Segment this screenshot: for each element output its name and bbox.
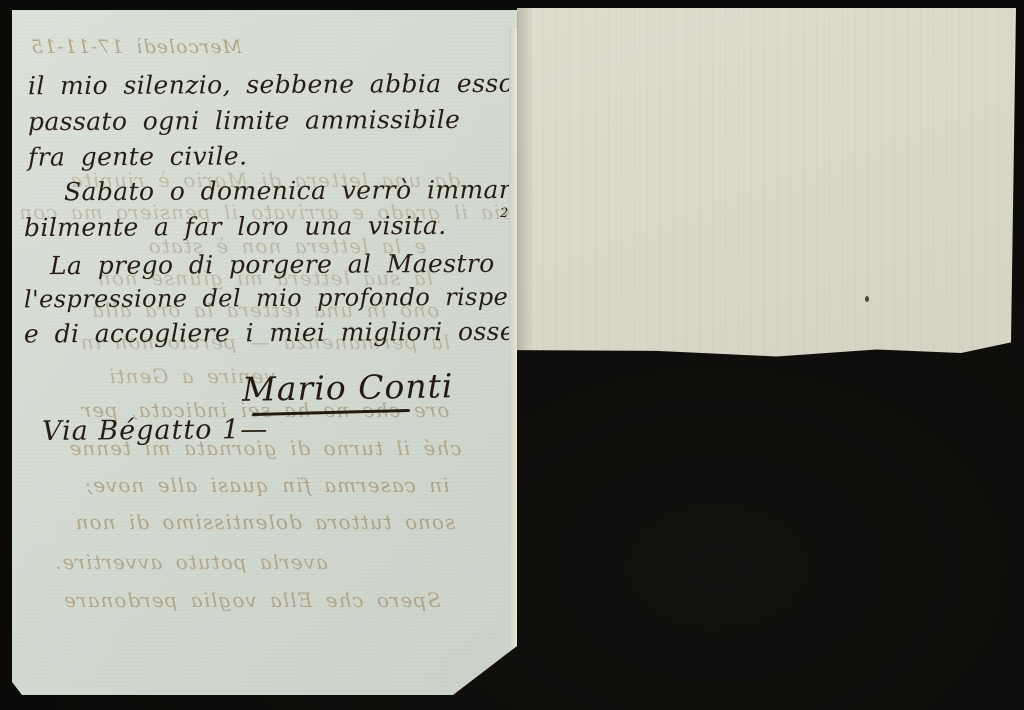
bleedthrough-line: averla potuto avvertire. bbox=[26, 550, 356, 574]
blank-verso-sheet bbox=[517, 8, 1016, 360]
bleedthrough-line: Spero che Ella voglia perdonare bbox=[32, 588, 472, 612]
letter-line: fra gente civile. bbox=[28, 141, 248, 171]
address-line: Via Bégatto 1— bbox=[42, 414, 269, 447]
manuscript-scan: Mercoledì 17-11-15 da una lettera di Mar… bbox=[0, 0, 1024, 710]
letter-line: Sabato o domenica verrò immanca bbox=[64, 175, 545, 207]
letter-line: e di accogliere i miei migliori ossequi bbox=[24, 317, 557, 349]
bleedthrough-date-line: Mercoledì 17-11-15 bbox=[26, 36, 246, 58]
letter-line: l'espressione del mio profondo rispetto bbox=[24, 283, 543, 314]
bleedthrough-line: sono tuttora dolentissimo di non bbox=[18, 510, 512, 534]
paper-speck bbox=[865, 296, 869, 302]
letter-page: Mercoledì 17-11-15 da una lettera di Mar… bbox=[12, 10, 517, 695]
letter-line: La prego di porgere al Maestro bbox=[50, 249, 495, 280]
signature: Mario Conti bbox=[242, 366, 454, 409]
bleedthrough-line: in caserma fin quasi alle nove; bbox=[22, 473, 512, 497]
page-fold-edge bbox=[509, 28, 517, 657]
archival-number: 2 bbox=[500, 206, 508, 221]
letter-line: bilmente a far loro una visita. bbox=[24, 211, 447, 242]
letter-line: il mio silenzio, sebbene abbia esso bbox=[28, 69, 514, 101]
letter-line: passato ogni limite ammissibile bbox=[28, 105, 460, 136]
